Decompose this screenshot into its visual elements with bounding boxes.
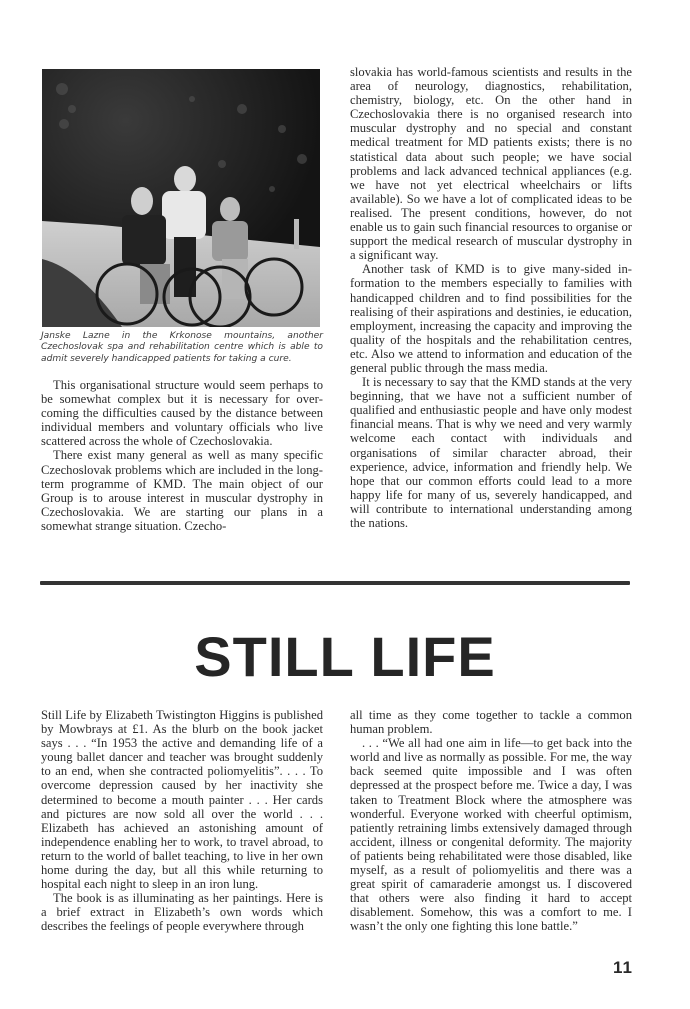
paragraph: slovakia has world-famous scientists and… xyxy=(350,65,632,262)
article2-left-column: Still Life by Elizabeth Twistington Higg… xyxy=(41,708,323,934)
page-number: 11 xyxy=(613,958,633,978)
article1-right-column: slovakia has world-famous scientists and… xyxy=(350,65,632,530)
paragraph: This organisational structure would seem… xyxy=(41,378,323,448)
photo-caption: Janske Lazne in the Krkonose mountains, … xyxy=(41,331,323,365)
paragraph: Still Life by Elizabeth Twistington Higg… xyxy=(41,708,323,891)
section-divider xyxy=(40,581,630,585)
article2-right-column: all time as they come together to tackle… xyxy=(350,708,632,934)
photo-wheelchair-group xyxy=(42,69,320,327)
paragraph: Another task of KMD is to give many-side… xyxy=(350,262,632,375)
paragraph: . . . “We all had one aim in life—to get… xyxy=(350,736,632,933)
paragraph: There exist many general as well as many… xyxy=(41,448,323,533)
paragraph: The book is as illuminating as her paint… xyxy=(41,891,323,933)
paragraph: all time as they come together to tackle… xyxy=(350,708,632,736)
article-title: STILL LIFE xyxy=(0,626,690,688)
photo-image xyxy=(42,69,320,327)
article1-left-column: This organisational structure would seem… xyxy=(41,378,323,533)
paragraph: It is necessary to say that the KMD stan… xyxy=(350,375,632,530)
